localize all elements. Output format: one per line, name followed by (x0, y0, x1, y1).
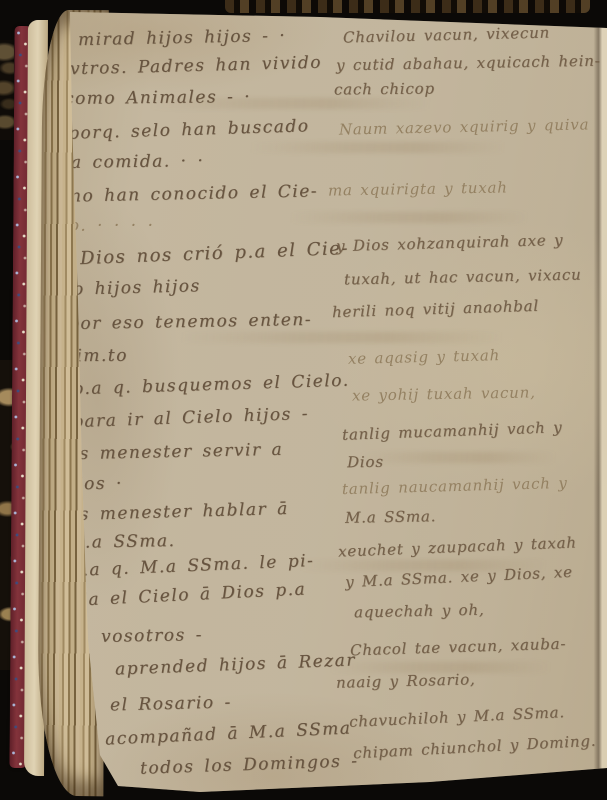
marbled-cover-fragment-top (0, 40, 14, 140)
ink-bleedthrough (360, 452, 590, 463)
handwritten-line: xe yohij tuxah vacun, (352, 383, 536, 404)
manuscript-photo: mirad hijos hijos - · vtros. Padres han … (0, 0, 607, 800)
handwritten-line: ma xquirigta y tuxah (328, 178, 508, 199)
handwritten-line: xeuchet y zaupacah y taxah (338, 533, 577, 560)
ink-bleedthrough (290, 212, 570, 223)
ink-bleedthrough (250, 142, 550, 153)
handwritten-line: la comida. · · (64, 151, 205, 173)
handwritten-line: vosotros - (101, 625, 203, 647)
handwritten-line: aprended hijos ā Rezar (115, 650, 357, 679)
handwritten-line: tuxah, ut hac vacun, vixacu (344, 266, 582, 289)
handwritten-line: Dios nos crió p.a el Cie- (80, 238, 350, 269)
handwritten-line: acompañad ā M.a SSma (105, 718, 352, 749)
handwritten-line: para ir al Cielo hijos - (72, 404, 310, 432)
handwritten-line: Chavilou vacun, vixecun (343, 23, 550, 46)
handwritten-line: el Rosario - (110, 693, 232, 716)
handwritten-line: Dios (347, 453, 384, 472)
handwritten-line: y Dios xohzanquirah axe y (336, 231, 564, 255)
handwritten-line: M.a SSma. (345, 507, 437, 527)
handwritten-line: herili noq vitij anaohbal (332, 297, 539, 321)
handwritten-line: tanlig mucamanhij vach y (342, 418, 563, 444)
handwritten-line: aquechah y oh, (354, 601, 485, 622)
handwritten-line: xe aqasig y tuxah (348, 346, 500, 368)
handwritten-line: p.a q. M.a SSma. le pi- (70, 551, 315, 581)
handwritten-line: y cutid abahau, xquicach hein- (336, 52, 601, 75)
handwritten-line: da el Cielo ā Dios p.a (76, 579, 307, 610)
handwritten-line: lo. · · · · (62, 216, 155, 236)
handwritten-line: tanlig naucamanhij vach y (342, 474, 568, 498)
handwritten-line: porq. selo han buscado (68, 116, 310, 144)
ink-bleedthrough (180, 332, 560, 343)
handwritten-line: es menester servir a (68, 440, 284, 465)
handwritten-line: lo hijos hijos (66, 276, 201, 300)
handwritten-line: todos los Domingos - (140, 751, 359, 779)
handwritten-line: naaig y Rosario, (336, 670, 476, 691)
book-headband-mottling (225, 0, 590, 13)
handwritten-line: mirad hijos hijos - · (78, 26, 287, 50)
handwritten-line: p.a q. busquemos el Cielo. (72, 371, 350, 400)
handwritten-line: es menester hablar ā (68, 499, 289, 525)
handwritten-line: por eso tenemos enten- (68, 310, 312, 334)
handwritten-line: Chacol tae vacun, xauba- (350, 635, 567, 660)
handwritten-line: vtros. Padres han vivido (70, 53, 322, 80)
handwritten-line: cach chicop (334, 79, 435, 98)
handwritten-line: chipam chiunchol y Doming. (353, 732, 597, 763)
handwritten-line: como Animales - · (64, 87, 251, 109)
handwritten-line: Naum xazevo xquirig y quiva (339, 115, 590, 138)
handwritten-line: no han conocido el Cie- (70, 181, 318, 206)
handwritten-line: chavuchiloh y M.a SSma. (349, 703, 566, 731)
